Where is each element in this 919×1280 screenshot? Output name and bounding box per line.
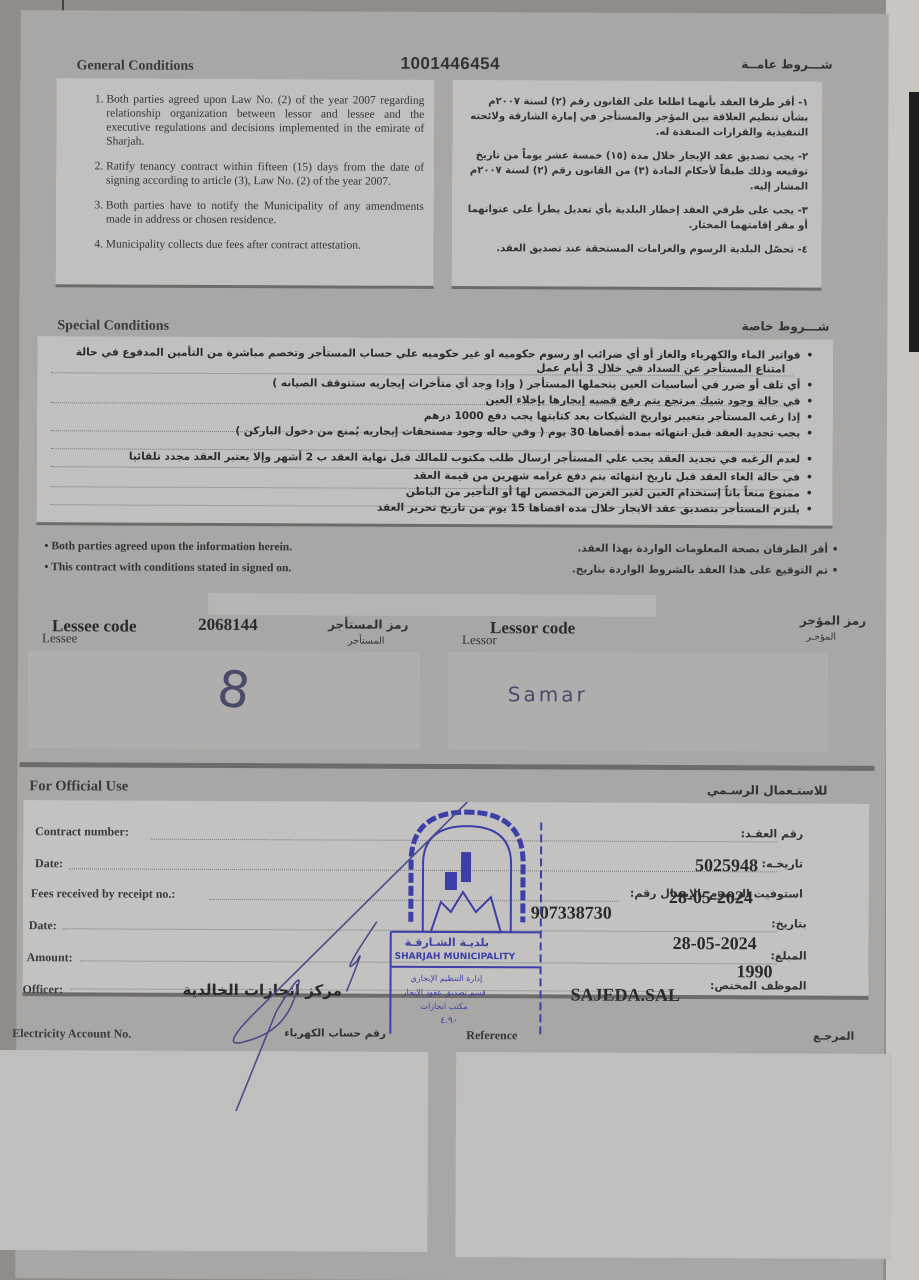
officer-signature-icon bbox=[216, 791, 517, 1122]
contract-number-header: 1001446454 bbox=[400, 54, 500, 74]
amount-value: 28-05-2024 bbox=[673, 933, 757, 954]
general-condition-item: Both parties have to notify the Municipa… bbox=[106, 198, 424, 227]
date-label: Date: bbox=[35, 856, 63, 871]
agreement-note-en: • This contract with conditions stated i… bbox=[44, 561, 291, 574]
special-condition-item: في حالة وجود شيك مرتجع يتم رفع قضيه إيجا… bbox=[486, 394, 814, 407]
contract-number-label-ar: رقم العقـد: bbox=[741, 827, 804, 840]
special-conditions-panel: فواتير الماء والكهرباء والغاز أو أي ضرائ… bbox=[37, 336, 834, 525]
officer-value: 1990 bbox=[737, 961, 773, 982]
general-condition-item-ar: ١- أقر طرفا العقد بأنهما اطلعا على القان… bbox=[462, 94, 808, 141]
general-condition-item: Both parties agreed upon Law No. (2) of … bbox=[106, 92, 424, 149]
general-condition-item: Ratify tenancy contract within fifteen (… bbox=[106, 159, 424, 188]
receipt-date-label-ar: بتاريخ: bbox=[771, 917, 807, 930]
lessee-code-label-ar: رمز المستأجر bbox=[328, 617, 408, 631]
general-condition-item-ar: ٣- يجب على طرفي العقد إخطار البلدية بأي … bbox=[462, 202, 808, 234]
lessee-code-value: 2068144 bbox=[198, 615, 258, 635]
agreement-note-ar: • أقر الطرفان بصحة المعلومات الواردة بهذ… bbox=[577, 543, 838, 556]
agreement-note-ar: • تم التوقيع على هذا العقد بالشروط الوار… bbox=[572, 564, 839, 577]
amount-label: Amount: bbox=[27, 950, 73, 965]
background-object bbox=[909, 92, 919, 352]
tenancy-contract-page: 1001446454 General Conditions شـــروط عا… bbox=[15, 10, 889, 1280]
receipt-date-label: Date: bbox=[29, 918, 57, 933]
lessee-label-ar: المستأجر bbox=[348, 636, 384, 647]
special-condition-item: أي تلف أو ضرر في أساسيات العين يتحملها ا… bbox=[272, 377, 813, 391]
official-use-title-ar: للاستـعمال الرسـمي bbox=[707, 783, 828, 798]
redacted-field bbox=[208, 593, 656, 617]
lessor-label-ar: المؤجـر bbox=[806, 632, 836, 643]
special-condition-item: يلتزم المستأجر بتصديق عقد الايجار خلال م… bbox=[377, 502, 813, 516]
general-condition-item-ar: ٢- يجب تصديق عقد الإيجار خلال مدة (١٥) خ… bbox=[462, 148, 808, 195]
general-conditions-ar-panel: ١- أقر طرفا العقد بأنهما اطلعا على القان… bbox=[452, 80, 823, 288]
general-conditions-title-ar: شـــروط عامــة bbox=[741, 57, 832, 71]
special-condition-item: إذا رغب المستأجر بتغيير تواريخ الشيكات ب… bbox=[424, 410, 813, 424]
contract-number-label: Contract number: bbox=[35, 824, 129, 839]
date-label-ar: تاريخـه: bbox=[762, 857, 804, 870]
lessor-code-label-ar: رمز المؤجر bbox=[800, 614, 866, 628]
amount-label-ar: المبلغ: bbox=[770, 949, 806, 962]
special-condition-item: في حالة الغاء العقد قبل تاريخ انتهائه يت… bbox=[413, 470, 812, 484]
general-condition-item: Municipality collects due fees after con… bbox=[106, 237, 424, 252]
special-condition-item: فواتير الماء والكهرباء والغاز أو أي ضرائ… bbox=[76, 346, 814, 361]
general-conditions-en-panel: Both parties agreed upon Law No. (2) of … bbox=[56, 78, 435, 286]
receipt-no-value: 28-05-2024 bbox=[669, 887, 753, 908]
reference-label-ar: المرجـع bbox=[813, 1030, 854, 1043]
contract-date-value: 5025948 bbox=[695, 855, 758, 876]
special-condition-item: يجب تجديد العقد قبل انتهائه بمده أقصاها … bbox=[235, 425, 813, 440]
lessee-label: Lessee bbox=[42, 630, 77, 646]
lessor-signature-box bbox=[448, 652, 828, 752]
special-conditions-title: Special Conditions bbox=[57, 318, 169, 334]
agreement-note-en: • Both parties agreed upon the informati… bbox=[44, 540, 292, 553]
reference-box bbox=[455, 1052, 892, 1259]
general-condition-item-ar: ٤- تحصّل البلدية الرسوم والغرامات المستح… bbox=[462, 241, 808, 258]
officer-label: Officer: bbox=[22, 982, 63, 997]
fees-receipt-label: Fees received by receipt no.: bbox=[31, 886, 176, 902]
lessor-signature: Samar bbox=[508, 682, 588, 706]
special-conditions-title-ar: شـــروط خاصة bbox=[742, 319, 830, 333]
special-condition-item: لعدم الرغبه في تجديد العقد يجب علي المست… bbox=[129, 451, 813, 466]
section-divider bbox=[19, 762, 874, 771]
special-condition-item: ممنوع منعاً باتاً إستخدام العين لغير الغ… bbox=[406, 486, 813, 500]
general-conditions-title: General Conditions bbox=[76, 58, 193, 75]
electricity-account-label: Electricity Account No. bbox=[12, 1026, 131, 1042]
special-condition-item: امتناع المستأجر عن السداد في خلال 3 أيام… bbox=[536, 362, 785, 375]
officer-name: SAJEDA.SAL bbox=[570, 985, 680, 1006]
official-use-title: For Official Use bbox=[29, 778, 128, 795]
lessor-code-label: Lessor code bbox=[490, 618, 575, 638]
lessor-label: Lessor bbox=[462, 632, 497, 648]
